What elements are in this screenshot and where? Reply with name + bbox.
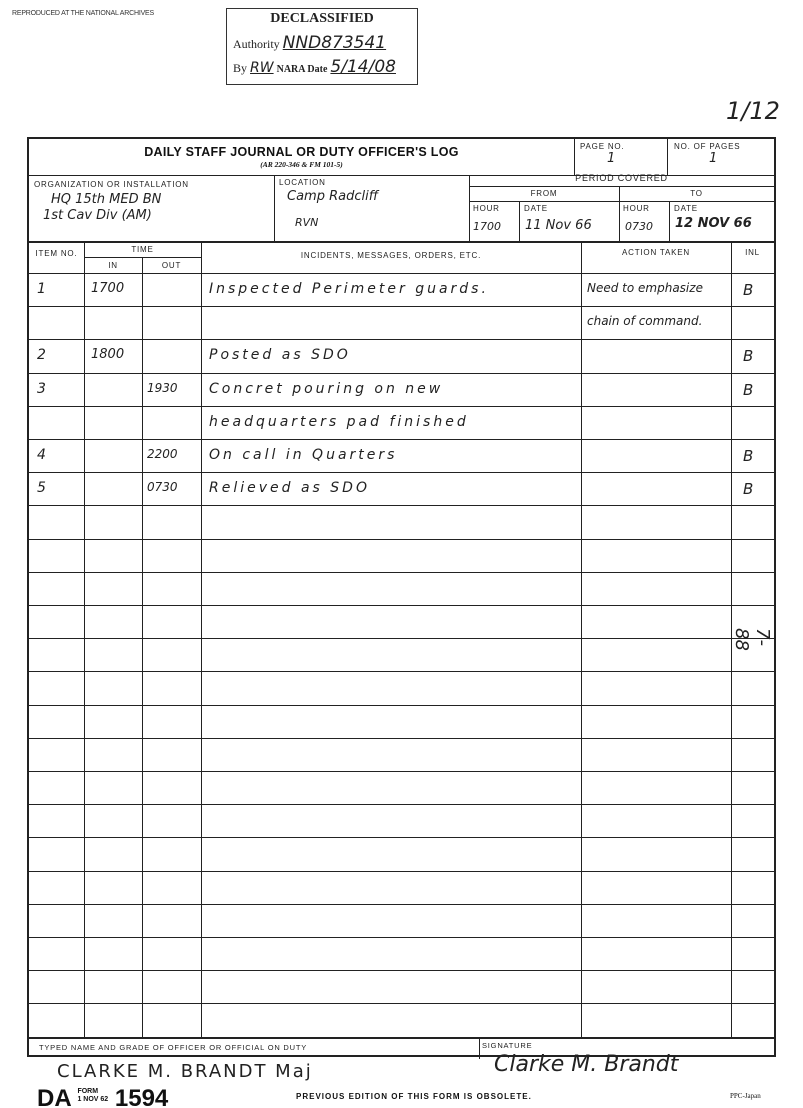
incidents-header: INCIDENTS, MESSAGES, ORDERS, ETC. (201, 251, 581, 260)
initials-cell: B (743, 347, 753, 365)
form-date: 1 NOV 62 (77, 1096, 108, 1103)
time-in-cell: 1700 (91, 281, 124, 296)
printer-note: PPC-Japan (730, 1092, 761, 1100)
authority-value: NND873541 (283, 33, 386, 53)
organization-line2: 1st Cav Div (AM) (43, 208, 152, 223)
authority-label: Authority (233, 37, 280, 51)
item-no-cell: 5 (37, 480, 46, 496)
archive-note: REPRODUCED AT THE NATIONAL ARCHIVES (12, 10, 154, 17)
time-in-header: IN (84, 261, 142, 270)
incident-cell: Posted as SDO (209, 347, 351, 363)
organization-line1: HQ 15th MED BN (51, 192, 161, 207)
time-out-cell: 2200 (147, 447, 178, 461)
obsolete-note: PREVIOUS EDITION OF THIS FORM IS OBSOLET… (296, 1092, 532, 1101)
typed-name-label: TYPED NAME AND GRADE OF OFFICER OR OFFIC… (39, 1043, 307, 1052)
stamp-date: 5/14/08 (330, 57, 396, 77)
from-hour-label: HOUR (473, 204, 500, 213)
location-line2: RVN (295, 216, 318, 229)
incident-cell: Inspected Perimeter guards. (209, 281, 489, 297)
to-hour-label: HOUR (623, 204, 650, 213)
initials-cell: B (743, 381, 753, 399)
time-out-cell: 1930 (147, 381, 178, 395)
no-of-pages-value: 1 (709, 151, 717, 166)
form-title: DAILY STAFF JOURNAL OR DUTY OFFICER'S LO… (29, 145, 574, 159)
typed-name-value: CLARKE M. BRANDT Maj (57, 1061, 313, 1082)
corner-mark: 1/12 (726, 97, 780, 125)
incident-cell: On call in Quarters (209, 447, 397, 463)
form-prefix: DA (37, 1085, 71, 1108)
time-out-cell: 0730 (147, 480, 178, 494)
from-date-label: DATE (524, 204, 548, 213)
period-covered-label: PERIOD COVERED (469, 173, 774, 183)
no-of-pages-label: NO. OF PAGES (674, 142, 740, 151)
signature: Clarke M. Brandt (494, 1052, 678, 1077)
to-date-label: DATE (674, 204, 698, 213)
from-date-value: 11 Nov 66 (525, 218, 592, 233)
declassified-stamp: DECLASSIFIED Authority NND873541 By RW N… (226, 8, 418, 85)
action-cell: chain of command. (587, 314, 702, 328)
location-line1: Camp Radcliff (287, 189, 378, 204)
form-word: FORM (77, 1088, 98, 1095)
to-date-value: 12 NOV 66 (675, 216, 752, 231)
item-no-cell: 1 (37, 281, 46, 297)
time-out-header: OUT (142, 261, 201, 270)
incident-cell: headquarters pad finished (209, 414, 469, 430)
time-in-cell: 1800 (91, 347, 124, 362)
organization-label: ORGANIZATION OR INSTALLATION (34, 180, 189, 189)
initials-cell: B (743, 447, 753, 465)
incident-cell: Relieved as SDO (209, 480, 370, 496)
item-no-cell: 4 (37, 447, 46, 463)
initials-cell: B (743, 281, 753, 299)
side-note: 7-88 (731, 628, 773, 658)
stamp-title: DECLASSIFIED (227, 11, 417, 27)
location-label: LOCATION (279, 178, 326, 187)
inl-header: INL (731, 248, 774, 257)
item-no-header: ITEM NO. (29, 249, 84, 259)
to-label: TO (619, 189, 774, 198)
to-hour-value: 0730 (625, 220, 653, 233)
from-hour-value: 1700 (473, 220, 501, 233)
by-initials: RW (250, 60, 274, 76)
action-header: ACTION TAKEN (581, 248, 731, 257)
signature-label: SIGNATURE (482, 1041, 532, 1050)
by-label: By (233, 61, 247, 75)
incident-cell: Concret pouring on new (209, 381, 443, 397)
time-header: TIME (84, 245, 201, 254)
from-label: FROM (469, 189, 619, 198)
form-number: DA FORM1 NOV 62 1594 (37, 1085, 168, 1108)
form-number-value: 1594 (115, 1085, 168, 1108)
form-subtitle: (AR 220-346 & FM 101-5) (29, 160, 574, 169)
item-no-cell: 3 (37, 381, 46, 397)
initials-cell: B (743, 480, 753, 498)
page-no-value: 1 (607, 151, 615, 166)
duty-officer-log-form: DAILY STAFF JOURNAL OR DUTY OFFICER'S LO… (27, 137, 776, 1057)
action-cell: Need to emphasize (587, 281, 703, 295)
item-no-cell: 2 (37, 347, 46, 363)
page-no-label: PAGE NO. (580, 142, 624, 151)
nara-date-label: NARA Date (277, 64, 328, 75)
